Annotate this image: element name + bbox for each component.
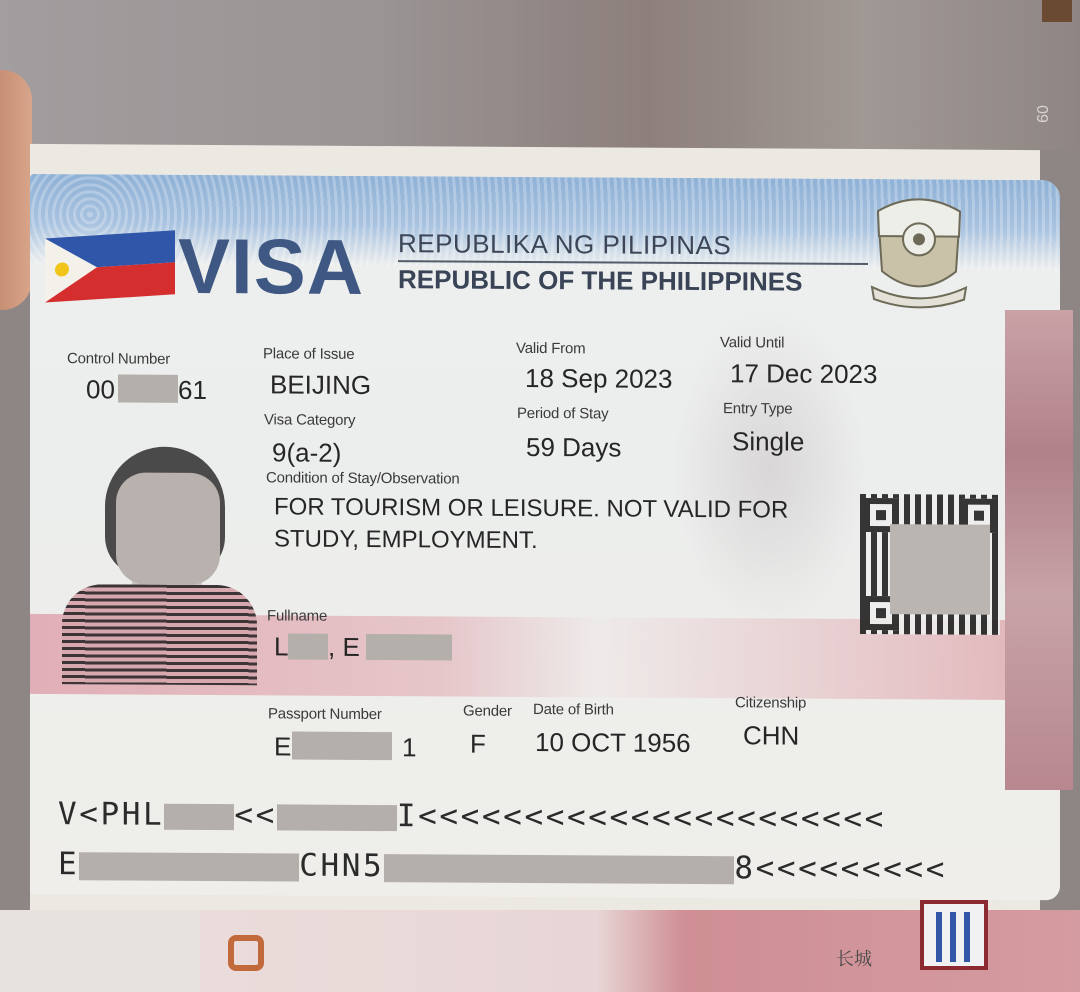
condition-line-1: FOR TOURISM OR LEISURE. NOT VALID FOR: [274, 493, 788, 524]
stamp-corner: [1042, 0, 1072, 22]
gender-label: Gender: [463, 703, 512, 720]
philippines-flag-icon: [45, 230, 175, 302]
passport-number-prefix: E: [274, 731, 291, 762]
previous-passport-page: 09: [0, 0, 1080, 150]
redaction: [366, 634, 452, 661]
finger: [0, 70, 32, 310]
visa-sticker: VISA REPUBLIKA NG PILIPINAS REPUBLIC OF …: [30, 174, 1060, 900]
fullname-label: Fullname: [267, 607, 327, 624]
fullname-mid: , E: [328, 632, 360, 663]
entry-type-label: Entry Type: [723, 400, 792, 417]
redaction: [292, 732, 392, 761]
place-of-issue-label: Place of Issue: [263, 345, 354, 363]
redaction: [116, 472, 220, 585]
visa-title: VISA: [178, 227, 364, 306]
fullname-prefix: L: [274, 631, 288, 662]
gender-value: F: [470, 729, 486, 760]
valid-until-value: 17 Dec 2023: [730, 358, 877, 390]
valid-from-value: 18 Sep 2023: [525, 363, 672, 395]
great-wall-text: 长城: [836, 945, 872, 971]
condition-label: Condition of Stay/Observation: [266, 469, 459, 487]
blurred-region: [1005, 310, 1073, 790]
qr-code: [860, 494, 1000, 635]
date-of-birth-value: 10 OCT 1956: [535, 727, 691, 759]
visa-category-label: Visa Category: [264, 411, 355, 429]
ring-icon: [228, 935, 264, 971]
temple-emblem-icon: [920, 900, 988, 970]
control-number-label: Control Number: [67, 350, 170, 368]
period-of-stay-value: 59 Days: [526, 432, 621, 464]
place-of-issue-value: BEIJING: [270, 369, 371, 401]
valid-until-label: Valid Until: [720, 334, 784, 351]
mrz-line-1: V<PHL<<I<<<<<<<<<<<<<<<<<<<<<<: [58, 796, 886, 837]
redaction: [118, 374, 178, 402]
valid-from-label: Valid From: [516, 340, 585, 357]
control-number-suffix: 61: [178, 375, 207, 406]
redaction: [288, 633, 328, 659]
period-of-stay-label: Period of Stay: [517, 405, 608, 423]
date-of-birth-label: Date of Birth: [533, 701, 614, 718]
country-name-local: REPUBLIKA NG PILIPINAS: [398, 228, 731, 261]
passport-number-suffix: 1: [402, 732, 416, 763]
visa-category-value: 9(a-2): [272, 437, 341, 468]
coat-of-arms-icon: [868, 191, 970, 312]
citizenship-label: Citizenship: [735, 694, 806, 711]
country-name-english: REPUBLIC OF THE PHILIPPINES: [398, 264, 803, 297]
entry-type-value: Single: [732, 426, 804, 457]
citizenship-value: CHN: [743, 720, 799, 751]
passport-page: 08 VISA REPUBLIKA NG PILIPINAS REPUBLIC …: [30, 144, 1040, 950]
previous-page-number: 09: [1032, 105, 1050, 123]
condition-line-2: STUDY, EMPLOYMENT.: [274, 525, 538, 555]
passport-number-label: Passport Number: [268, 705, 382, 723]
philippines-map-watermark: [670, 308, 870, 629]
redaction: [890, 524, 990, 615]
control-number-prefix: 00: [86, 374, 115, 405]
mrz-line-2: ECHN58<<<<<<<<<: [58, 846, 947, 887]
holder-photo: [50, 434, 262, 690]
next-page-edge: [0, 910, 200, 992]
